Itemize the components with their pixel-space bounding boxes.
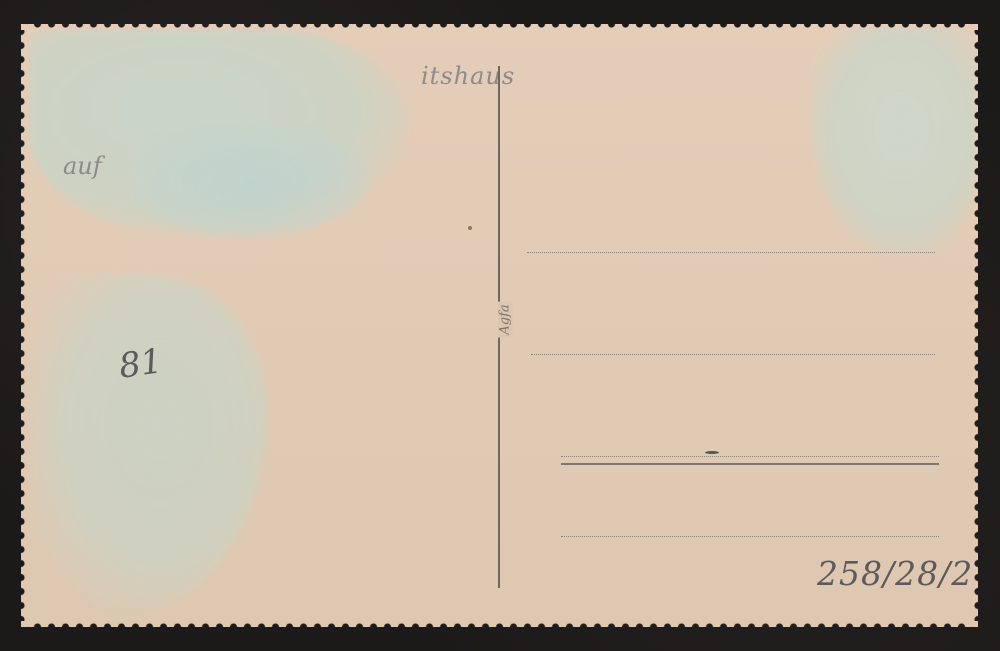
archive-number: 258/28/2 — [817, 554, 973, 593]
ink-mark — [705, 451, 719, 454]
divider-brand-text: Agfa — [498, 301, 513, 337]
paper-residue-top-left-inner — [131, 124, 371, 239]
address-line-3 — [561, 456, 939, 457]
paper-residue-left — [27, 274, 267, 614]
handwriting-left-mark: 81 — [116, 341, 164, 387]
paper-residue-top-right — [811, 28, 976, 253]
address-line-4-solid — [561, 463, 939, 465]
handwriting-auf: auf — [63, 152, 102, 180]
address-line-5 — [561, 536, 939, 537]
address-line-2 — [531, 354, 935, 355]
handwriting-top-line: itshaus — [421, 62, 515, 90]
ink-spot — [468, 226, 472, 230]
postcard-back: itshaus auf 81 Agfa 258/28/2 — [21, 24, 978, 627]
address-line-1 — [527, 252, 935, 253]
